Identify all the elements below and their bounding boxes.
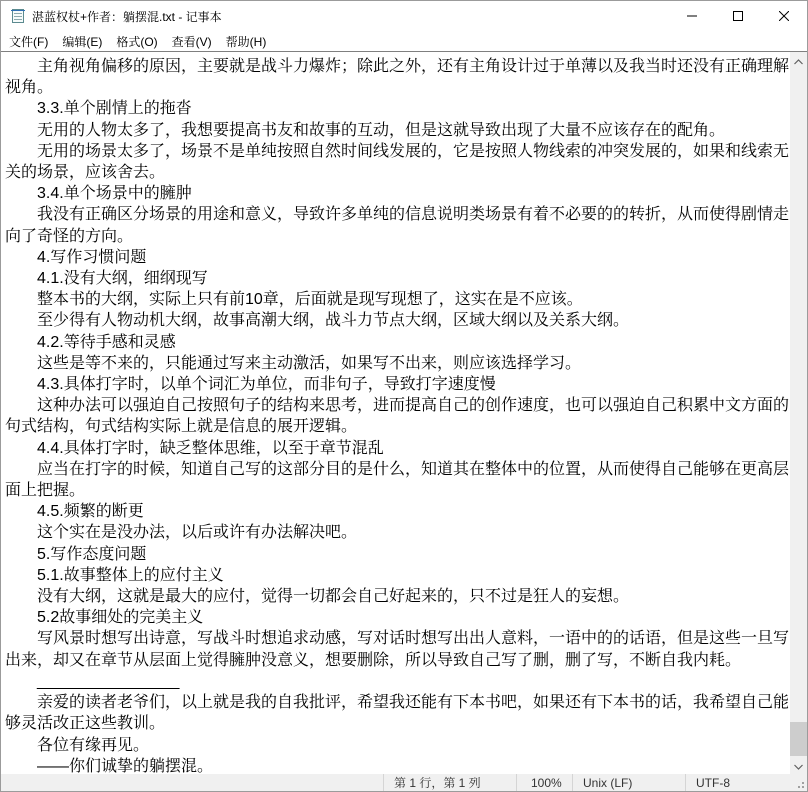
text-line: 4.3.具体打字时，以单个词汇为单位，而非句子，导致打字速度慢 — [5, 374, 790, 395]
text-line: 4.2.等待手感和灵感 — [5, 332, 790, 353]
text-line: 整本书的大纲，实际上只有前10章，后面就是现写现想了，这实在是不应该。 — [5, 289, 790, 310]
text-line: 句式结构，句式结构实际上就是信息的展开逻辑。 — [5, 416, 790, 437]
menu-bar: 文件(F)编辑(E)格式(O)查看(V)帮助(H) — [1, 31, 807, 51]
scrollbar-thumb[interactable] — [790, 722, 807, 756]
text-line: 我没有正确区分场景的用途和意义，导致许多单纯的信息说明类场景有着不必要的的转折，… — [5, 204, 790, 225]
text-line: 这个实在是没办法，以后或许有办法解决吧。 — [5, 522, 790, 543]
maximize-icon — [733, 11, 743, 21]
editor-area: 主角视角偏移的原因，主要就是战斗力爆炸；除此之外，还有主角设计过于单薄以及我当时… — [1, 51, 807, 774]
text-line: 这些是等不来的，只能通过写来主动激活，如果写不出来，则应该选择学习。 — [5, 353, 790, 374]
text-line: 5.2故事细处的完美主义 — [5, 607, 790, 628]
status-spacer — [1, 774, 383, 791]
scroll-down-button[interactable] — [790, 757, 807, 774]
text-line: 3.3.单个剧情上的拖沓 — [5, 98, 790, 119]
text-line: 这种办法可以强迫自己按照句子的结构来思考，进而提高自己的创作速度，也可以强迫自己… — [5, 395, 790, 416]
minimize-button[interactable] — [669, 1, 715, 31]
text-line: ________________ — [5, 671, 790, 692]
menu-item[interactable]: 格式(O) — [109, 31, 164, 52]
text-line: ——你们诚挚的躺摆混。 — [5, 756, 790, 774]
vertical-scrollbar[interactable] — [790, 52, 807, 774]
text-line: 够灵活改正这些教训。 — [5, 713, 790, 734]
text-line: 没有大纲，这就是最大的应付，觉得一切都会自己好起来的，只不过是狂人的妄想。 — [5, 586, 790, 607]
status-zoom-level: 100% — [516, 774, 572, 791]
status-bar: 第 1 行，第 1 列 100% Unix (LF) UTF-8 — [1, 774, 807, 791]
text-line: 4.1.没有大纲，细纲现写 — [5, 268, 790, 289]
menu-item[interactable]: 文件(F) — [2, 31, 55, 52]
text-line: 至少得有人物动机大纲，故事高潮大纲，战斗力节点大纲，区域大纲以及关系大纲。 — [5, 310, 790, 331]
text-line: 向了奇怪的方向。 — [5, 226, 790, 247]
text-line: 应当在打字的时候，知道自己写的这部分目的是什么，知道其在整体中的位置，从而使得自… — [5, 459, 790, 480]
status-line-ending: Unix (LF) — [572, 774, 685, 791]
notepad-icon — [10, 8, 26, 24]
text-line: 4.5.频繁的断更 — [5, 501, 790, 522]
text-line: 写风景时想写出诗意，写战斗时想追求动感，写对话时想写出出人意料，一语中的的话语，… — [5, 628, 790, 649]
text-line: 5.1.故事整体上的应付主义 — [5, 565, 790, 586]
maximize-button[interactable] — [715, 1, 761, 31]
caption-buttons — [669, 1, 807, 31]
status-cursor-position: 第 1 行，第 1 列 — [383, 774, 516, 791]
text-line: 出来，却又在章节从层面上觉得臃肿没意义，想要删除，所以导致自己写了删，删了写，不… — [5, 650, 790, 671]
text-line: 4.写作习惯问题 — [5, 247, 790, 268]
chevron-down-icon — [794, 757, 803, 775]
scroll-up-button[interactable] — [790, 52, 807, 69]
text-area[interactable]: 主角视角偏移的原因，主要就是战斗力爆炸；除此之外，还有主角设计过于单薄以及我当时… — [1, 52, 790, 774]
text-line: 无用的人物太多了，我想要提高书友和故事的互动，但是这就导致出现了大量不应该存在的… — [5, 120, 790, 141]
menu-item[interactable]: 帮助(H) — [219, 31, 274, 52]
text-line: 亲爱的读者老爷们，以上就是我的自我批评，希望我还能有下本书吧，如果还有下本书的话… — [5, 692, 790, 713]
minimize-icon — [687, 11, 697, 21]
notepad-window: 湛蓝权杖+作者：躺摆混.txt - 记事本 文件(F)编辑(E)格式(O)查看(… — [0, 0, 808, 792]
text-line: 3.4.单个场景中的臃肿 — [5, 183, 790, 204]
text-line: 无用的场景太多了，场景不是单纯按照自然时间线发展的，它是按照人物线索的冲突发展的… — [5, 141, 790, 162]
close-button[interactable] — [761, 1, 807, 31]
close-icon — [779, 11, 789, 21]
text-line: 视角。 — [5, 77, 790, 98]
window-title: 湛蓝权杖+作者：躺摆混.txt - 记事本 — [32, 8, 222, 25]
text-line: 主角视角偏移的原因，主要就是战斗力爆炸；除此之外，还有主角设计过于单薄以及我当时… — [5, 56, 790, 77]
text-line: 4.4.具体打字时，缺乏整体思维，以至于章节混乱 — [5, 438, 790, 459]
title-bar[interactable]: 湛蓝权杖+作者：躺摆混.txt - 记事本 — [1, 1, 807, 31]
menu-item[interactable]: 查看(V) — [165, 31, 219, 52]
resize-grip[interactable] — [797, 781, 805, 789]
chevron-up-icon — [794, 52, 803, 70]
menu-item[interactable]: 编辑(E) — [55, 31, 109, 52]
text-line: 关的场景，应该舍去。 — [5, 162, 790, 183]
text-line: 面上把握。 — [5, 480, 790, 501]
status-encoding: UTF-8 — [685, 774, 807, 791]
text-line: 5.写作态度问题 — [5, 544, 790, 565]
text-line: 各位有缘再见。 — [5, 735, 790, 756]
